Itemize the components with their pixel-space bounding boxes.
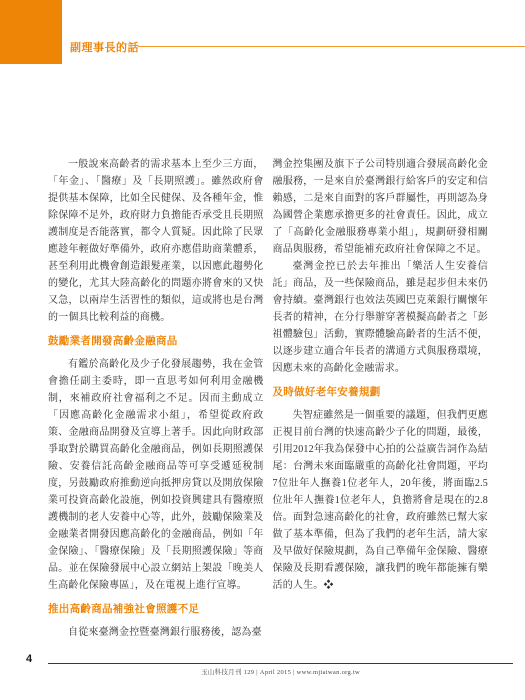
footer-rule-divider xyxy=(48,663,513,664)
header-accent-block xyxy=(0,0,62,64)
magazine-page: { "header": { "title": "副理事長的話" }, "colu… xyxy=(0,0,525,700)
journal-info: 玉山科技月刊 129 | April 2015 | www.mjtaiwan.o… xyxy=(48,667,513,676)
section-heading: 鼓勵業者開發高齡金融商品 xyxy=(48,333,264,348)
content-columns: 一般說來高齡者的需求基本上至少三方面，「年金」、「醫療」及「長期照護」。雖然政府… xyxy=(48,156,488,641)
body-paragraph: 有鑑於高齡化及少子化發展趨勢，我在金管會擔任副主委時，即一直思考如何利用金融機制… xyxy=(48,356,264,594)
column-right: 灣金控集團及旗下子公司特別適合發展高齡化金融服務，一是來自於臺灣銀行給客戶的安定… xyxy=(273,156,489,641)
body-paragraph: 自從來臺灣金控暨臺灣銀行服務後，認為臺 xyxy=(48,624,264,641)
column-left: 一般說來高齡者的需求基本上至少三方面，「年金」、「醫療」及「長期照護」。雖然政府… xyxy=(48,156,264,641)
body-paragraph: 灣金控集團及旗下子公司特別適合發展高齡化金融服務，一是來自於臺灣銀行給客戶的安定… xyxy=(273,156,489,258)
header-rule-divider xyxy=(138,46,525,47)
page-number: 4 xyxy=(26,653,32,665)
section-heading: 及時做好老年安養規劃 xyxy=(273,384,489,399)
body-paragraph: 失智症雖然是一個重要的議題，但我們更應正視目前台灣的快速高齡少子化的問題，最後，… xyxy=(273,407,489,594)
body-paragraph: 一般說來高齡者的需求基本上至少三方面，「年金」、「醫療」及「長期照護」。雖然政府… xyxy=(48,156,264,326)
section-heading: 推出高齡商品補強社會照護不足 xyxy=(48,601,264,616)
page-title: 副理事長的話 xyxy=(70,39,139,55)
body-paragraph: 臺灣金控已於去年推出「樂活人生安養信託」商品，及一些保險商品，雖是起步但未來仍會… xyxy=(273,258,489,377)
